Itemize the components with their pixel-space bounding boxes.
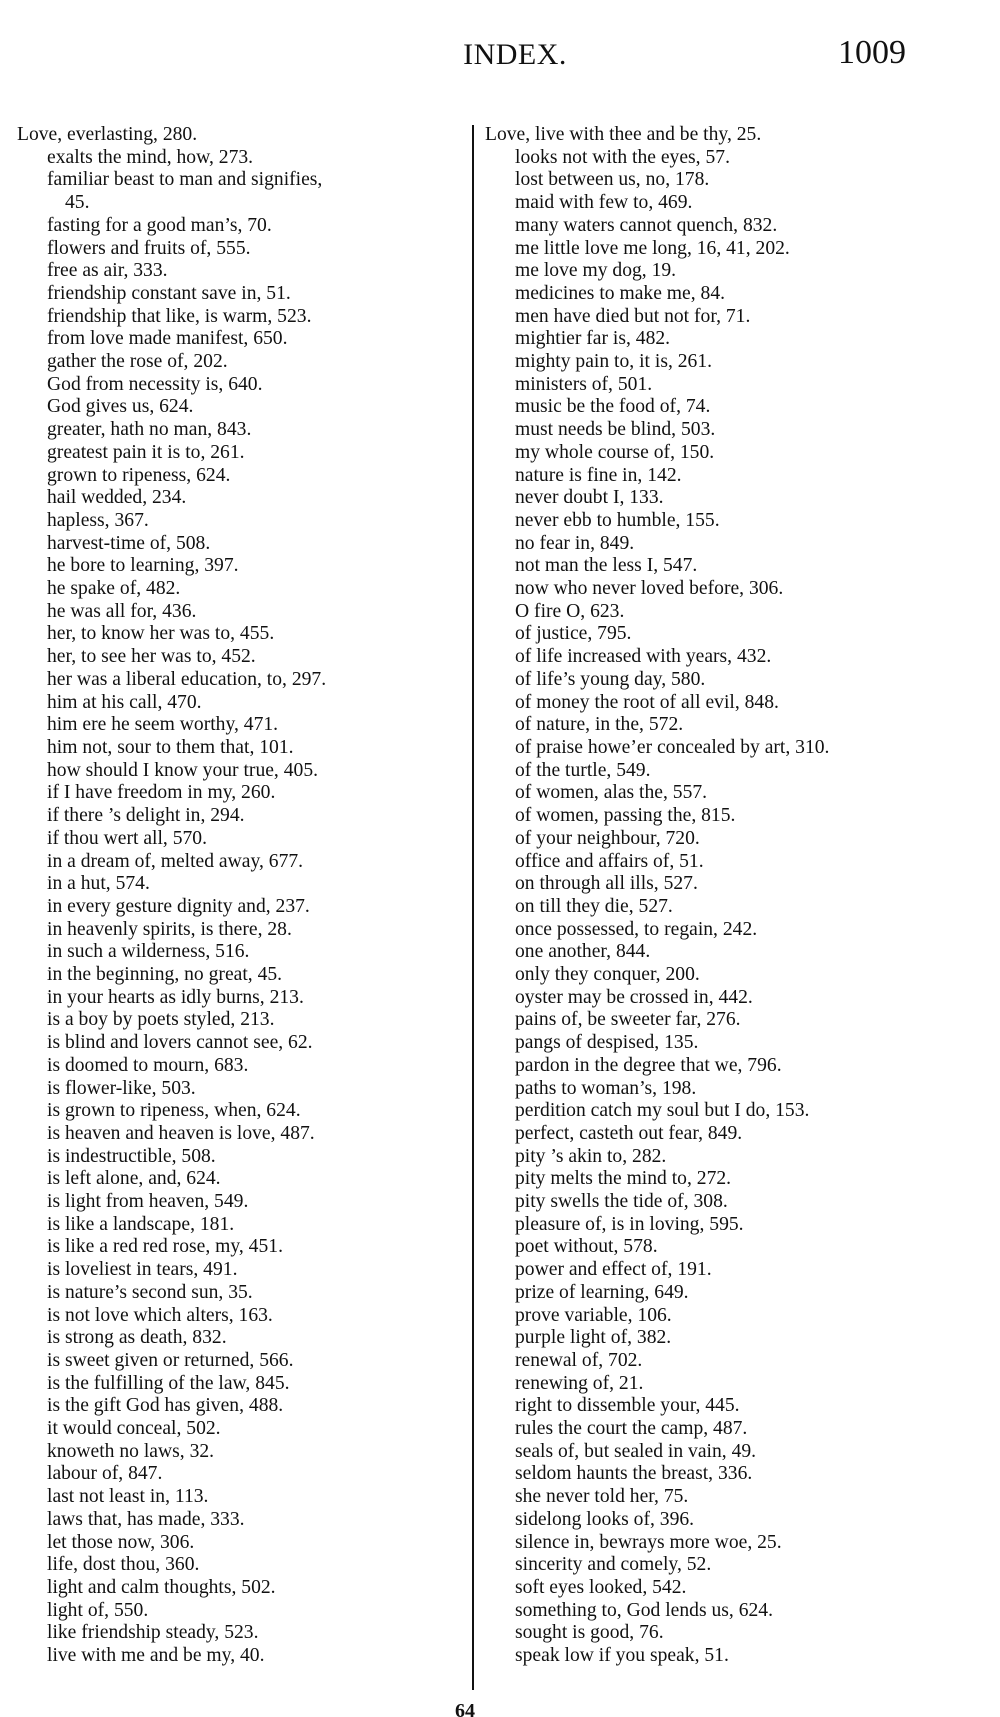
page-number: 1009 [838,34,906,72]
index-entry: of life increased with years, 432. [485,646,955,669]
index-entry: is sweet given or returned, 566. [17,1350,467,1373]
index-entry: last not least in, 113. [17,1486,467,1509]
index-entry: pangs of despised, 135. [485,1032,955,1055]
index-entry: gather the rose of, 202. [17,351,467,374]
index-entry: of praise howe’er concealed by art, 310. [485,737,955,760]
index-entry: of life’s young day, 580. [485,669,955,692]
column-divider [472,125,474,1690]
index-entry: mighty pain to, it is, 261. [485,351,955,374]
index-entry: of justice, 795. [485,623,955,646]
index-entry: right to dissemble your, 445. [485,1395,955,1418]
index-entry: in such a wilderness, 516. [17,941,467,964]
index-entry: friendship constant save in, 51. [17,283,467,306]
index-entry: if thou wert all, 570. [17,828,467,851]
index-entry: from love made manifest, 650. [17,328,467,351]
index-entry: is left alone, and, 624. [17,1168,467,1191]
index-entry: if I have freedom in my, 260. [17,782,467,805]
index-entry: renewing of, 21. [485,1373,955,1396]
index-entry: exalts the mind, how, 273. [17,147,467,170]
index-entry-continuation: 45. [17,192,467,215]
index-entry: of women, passing the, 815. [485,805,955,828]
index-entry: familiar beast to man and signifies, [17,169,467,192]
index-entry: seals of, but sealed in vain, 49. [485,1441,955,1464]
index-entry: speak low if you speak, 51. [485,1645,955,1668]
index-entry: her was a liberal education, to, 297. [17,669,467,692]
index-entry: oyster may be crossed in, 442. [485,987,955,1010]
index-entry: is nature’s second sun, 35. [17,1282,467,1305]
index-entry: hail wedded, 234. [17,487,467,510]
index-entry: in a dream of, melted away, 677. [17,851,467,874]
index-entry: light and calm thoughts, 502. [17,1577,467,1600]
index-entry: is blind and lovers cannot see, 62. [17,1032,467,1055]
index-entry: of your neighbour, 720. [485,828,955,851]
index-entry: mightier far is, 482. [485,328,955,351]
index-entry: on till they die, 527. [485,896,955,919]
index-entry: once possessed, to regain, 242. [485,919,955,942]
index-entry: God gives us, 624. [17,396,467,419]
index-entry: him at his call, 470. [17,692,467,715]
index-entry: is a boy by poets styled, 213. [17,1009,467,1032]
index-entry: let those now, 306. [17,1532,467,1555]
index-entry: pity swells the tide of, 308. [485,1191,955,1214]
index-entry: pains of, be sweeter far, 276. [485,1009,955,1032]
index-entry: in a hut, 574. [17,873,467,896]
index-entry: ministers of, 501. [485,374,955,397]
index-entry: of money the root of all evil, 848. [485,692,955,715]
index-entry: perfect, casteth out fear, 849. [485,1123,955,1146]
index-entry: one another, 844. [485,941,955,964]
index-entry: something to, God lends us, 624. [485,1600,955,1623]
printer-signature-mark: 64 [455,1700,475,1717]
index-entry: sincerity and comely, 52. [485,1554,955,1577]
index-entry: him not, sour to them that, 101. [17,737,467,760]
index-entry: labour of, 847. [17,1463,467,1486]
index-entry: many waters cannot quench, 832. [485,215,955,238]
index-entry: is like a landscape, 181. [17,1214,467,1237]
index-entry: me little love me long, 16, 41, 202. [485,238,955,261]
index-entry: friendship that like, is warm, 523. [17,306,467,329]
index-entry: my whole course of, 150. [485,442,955,465]
index-entry: rules the court the camp, 487. [485,1418,955,1441]
index-entry: greater, hath no man, 843. [17,419,467,442]
index-entry: is flower-like, 503. [17,1078,467,1101]
index-entry: light of, 550. [17,1600,467,1623]
index-entry: me love my dog, 19. [485,260,955,283]
index-entry: pity ’s akin to, 282. [485,1146,955,1169]
index-entry: live with me and be my, 40. [17,1645,467,1668]
index-entry: her, to know her was to, 455. [17,623,467,646]
index-entry: life, dost thou, 360. [17,1554,467,1577]
index-entry: her, to see her was to, 452. [17,646,467,669]
index-entry: is heaven and heaven is love, 487. [17,1123,467,1146]
index-entry: fasting for a good man’s, 70. [17,215,467,238]
index-entry: sought is good, 76. [485,1622,955,1645]
index-entry: renewal of, 702. [485,1350,955,1373]
index-entry: is doomed to mourn, 683. [17,1055,467,1078]
index-entry: it would conceal, 502. [17,1418,467,1441]
index-entry: seldom haunts the breast, 336. [485,1463,955,1486]
index-entry: power and effect of, 191. [485,1259,955,1282]
index-entry: silence in, bewrays more woe, 25. [485,1532,955,1555]
index-entry: purple light of, 382. [485,1327,955,1350]
index-entry: of women, alas the, 557. [485,782,955,805]
index-entry: like friendship steady, 523. [17,1622,467,1645]
index-entry: perdition catch my soul but I do, 153. [485,1100,955,1123]
index-entry: is not love which alters, 163. [17,1305,467,1328]
index-entry: harvest-time of, 508. [17,533,467,556]
index-entry: office and affairs of, 51. [485,851,955,874]
index-entry: now who never loved before, 306. [485,578,955,601]
index-entry: never ebb to humble, 155. [485,510,955,533]
index-entry: how should I know your true, 405. [17,760,467,783]
index-entry: God from necessity is, 640. [17,374,467,397]
index-entry: he spake of, 482. [17,578,467,601]
index-entry: in every gesture dignity and, 237. [17,896,467,919]
index-entry: greatest pain it is to, 261. [17,442,467,465]
index-entry: lost between us, no, 178. [485,169,955,192]
index-entry: prize of learning, 649. [485,1282,955,1305]
index-entry: music be the food of, 74. [485,396,955,419]
index-entry: must needs be blind, 503. [485,419,955,442]
index-entry: she never told her, 75. [485,1486,955,1509]
index-entry: free as air, 333. [17,260,467,283]
index-entry: paths to woman’s, 198. [485,1078,955,1101]
index-entry: is the gift God has given, 488. [17,1395,467,1418]
index-entry: is strong as death, 832. [17,1327,467,1350]
index-entry: nature is fine in, 142. [485,465,955,488]
index-entry: O fire O, 623. [485,601,955,624]
index-entry: grown to ripeness, 624. [17,465,467,488]
index-entry: he bore to learning, 397. [17,555,467,578]
index-entry: is light from heaven, 549. [17,1191,467,1214]
index-entry: if there ’s delight in, 294. [17,805,467,828]
index-entry: pardon in the degree that we, 796. [485,1055,955,1078]
index-entry: laws that, has made, 333. [17,1509,467,1532]
index-entry: no fear in, 849. [485,533,955,556]
index-entry: pity melts the mind to, 272. [485,1168,955,1191]
index-entry: maid with few to, 469. [485,192,955,215]
index-entry: is indestructible, 508. [17,1146,467,1169]
index-entry: is loveliest in tears, 491. [17,1259,467,1282]
index-entry: hapless, 367. [17,510,467,533]
index-entry: medicines to make me, 84. [485,283,955,306]
index-entry: looks not with the eyes, 57. [485,147,955,170]
index-entry: of the turtle, 549. [485,760,955,783]
index-entry: on through all ills, 527. [485,873,955,896]
index-entry: sidelong looks of, 396. [485,1509,955,1532]
index-column-right: Love, live with thee and be thy, 25.look… [485,124,955,1668]
index-column-left: Love, everlasting, 280.exalts the mind, … [17,124,467,1668]
index-entry: him ere he seem worthy, 471. [17,714,467,737]
index-entry: only they conquer, 200. [485,964,955,987]
index-entry: is grown to ripeness, when, 624. [17,1100,467,1123]
index-entry: pleasure of, is in loving, 595. [485,1214,955,1237]
index-heading-entry: Love, everlasting, 280. [17,124,467,147]
index-entry: is the fulfilling of the law, 845. [17,1373,467,1396]
index-entry: in your hearts as idly burns, 213. [17,987,467,1010]
index-entry: poet without, 578. [485,1236,955,1259]
index-entry: prove variable, 106. [485,1305,955,1328]
index-entry: in heavenly spirits, is there, 28. [17,919,467,942]
index-entry: not man the less I, 547. [485,555,955,578]
index-entry: is like a red red rose, my, 451. [17,1236,467,1259]
index-entry: soft eyes looked, 542. [485,1577,955,1600]
index-entry: in the beginning, no great, 45. [17,964,467,987]
index-heading-entry: Love, live with thee and be thy, 25. [485,124,955,147]
index-entry: flowers and fruits of, 555. [17,238,467,261]
index-entry: he was all for, 436. [17,601,467,624]
index-entry: knoweth no laws, 32. [17,1441,467,1464]
index-entry: of nature, in the, 572. [485,714,955,737]
index-entry: never doubt I, 133. [485,487,955,510]
index-entry: men have died but not for, 71. [485,306,955,329]
